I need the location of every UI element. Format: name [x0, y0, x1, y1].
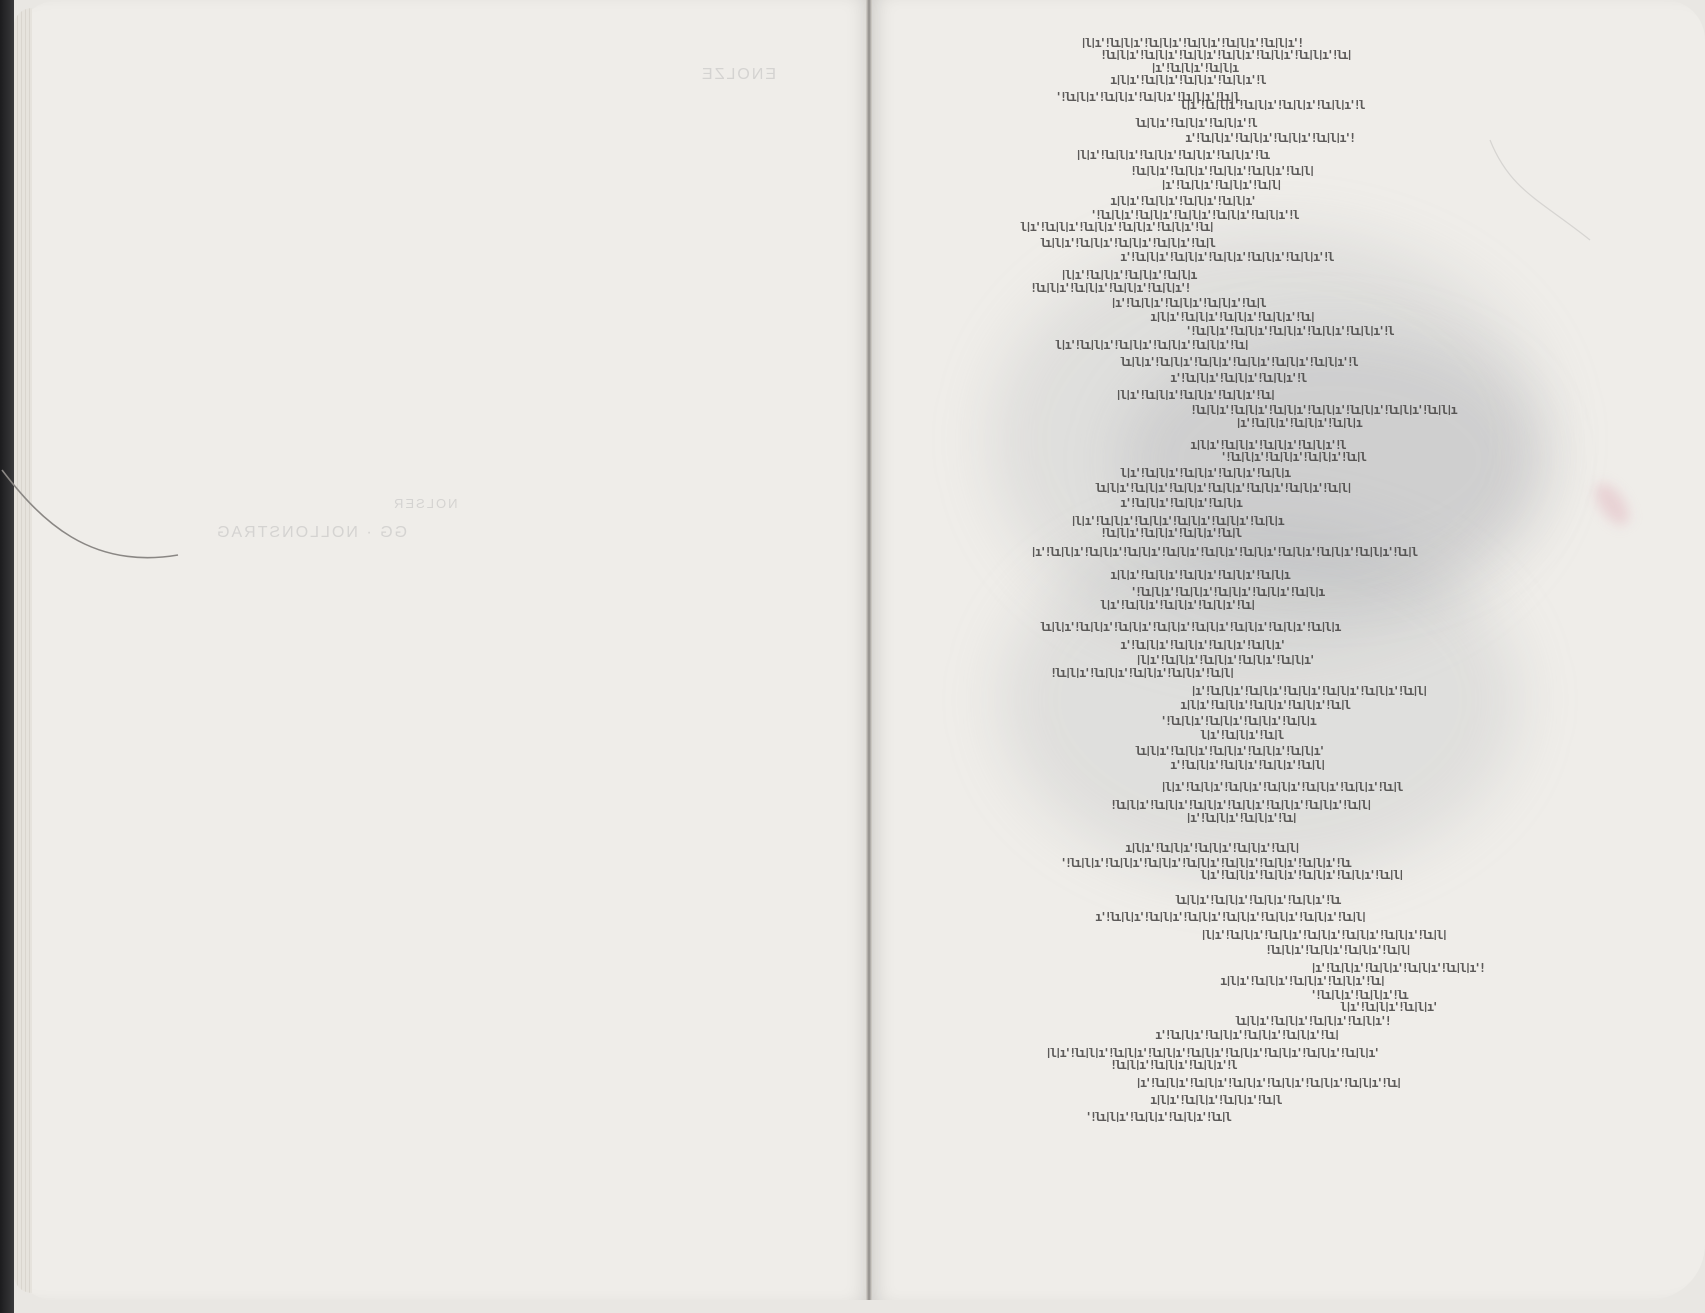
tick-row	[1040, 238, 1220, 248]
tick-row	[1190, 440, 1350, 450]
tick-row	[1110, 75, 1270, 85]
tick-row	[1155, 1030, 1345, 1040]
tick-row	[1185, 813, 1300, 823]
tick-row	[1130, 166, 1320, 176]
tick-row	[1020, 222, 1220, 232]
tick-row	[1235, 1016, 1395, 1026]
tick-row	[1095, 483, 1360, 493]
tick-row	[1310, 963, 1490, 973]
tick-row	[1190, 405, 1465, 415]
tick-row	[1200, 930, 1455, 940]
tick-row	[1135, 655, 1320, 665]
tick-row	[1135, 118, 1260, 128]
tick-row	[1310, 990, 1410, 1000]
tick-row	[1130, 587, 1330, 597]
tick-row	[1125, 843, 1305, 853]
tick-row	[1110, 570, 1295, 580]
tick-row	[1200, 870, 1410, 880]
tick-row	[1150, 63, 1240, 73]
tick-row	[1120, 357, 1365, 367]
tick-row	[1150, 312, 1320, 322]
tick-row	[1095, 912, 1375, 922]
tick-row	[1110, 196, 1260, 206]
tick-row	[1050, 668, 1240, 678]
tick-row	[1080, 38, 1310, 48]
tick-row	[1235, 418, 1365, 428]
tick-row	[1085, 1112, 1235, 1122]
tick-row	[1060, 270, 1200, 280]
tick-row	[1060, 858, 1360, 868]
tick-row	[1110, 1060, 1240, 1070]
tick-row	[1075, 150, 1275, 160]
tick-row	[1090, 210, 1305, 220]
pencil-arc	[0, 0, 1705, 1313]
tick-row	[1110, 298, 1270, 308]
tick-row	[1045, 1048, 1390, 1058]
scanned-notebook-spread: ENOLZE NOLSER GG · NOLLONSTRAG	[0, 0, 1705, 1313]
tick-row	[1160, 782, 1410, 792]
tick-row	[1135, 746, 1330, 756]
tick-row	[1190, 686, 1435, 696]
tick-row	[1220, 452, 1370, 462]
tick-row	[1100, 600, 1260, 610]
tick-row	[1200, 730, 1285, 740]
tick-row	[1160, 180, 1285, 190]
tick-row	[1340, 1002, 1440, 1012]
tick-row	[1030, 547, 1430, 557]
tick-row	[1120, 252, 1340, 262]
tick-row	[1110, 800, 1380, 810]
tick-row	[1100, 50, 1360, 60]
tick-row	[1265, 945, 1415, 955]
tick-row	[1185, 326, 1400, 336]
tick-row	[1175, 895, 1345, 905]
tick-row	[1180, 700, 1355, 710]
tick-row	[1070, 516, 1290, 526]
tick-row	[1220, 976, 1390, 986]
tick-row	[1185, 133, 1360, 143]
tick-row	[1170, 760, 1330, 770]
tick-row	[1120, 640, 1290, 650]
tick-row	[1120, 498, 1245, 508]
tick-row	[1120, 468, 1295, 478]
tick-row	[1135, 1078, 1410, 1088]
tick-row	[1100, 528, 1245, 538]
tick-row	[1055, 340, 1255, 350]
tick-row	[1150, 1095, 1285, 1105]
tick-row	[1040, 622, 1350, 632]
tick-row	[1030, 283, 1195, 293]
tick-row	[1180, 100, 1370, 110]
tick-row	[1170, 373, 1310, 383]
tick-row	[1115, 390, 1280, 400]
tick-row	[1160, 716, 1320, 726]
